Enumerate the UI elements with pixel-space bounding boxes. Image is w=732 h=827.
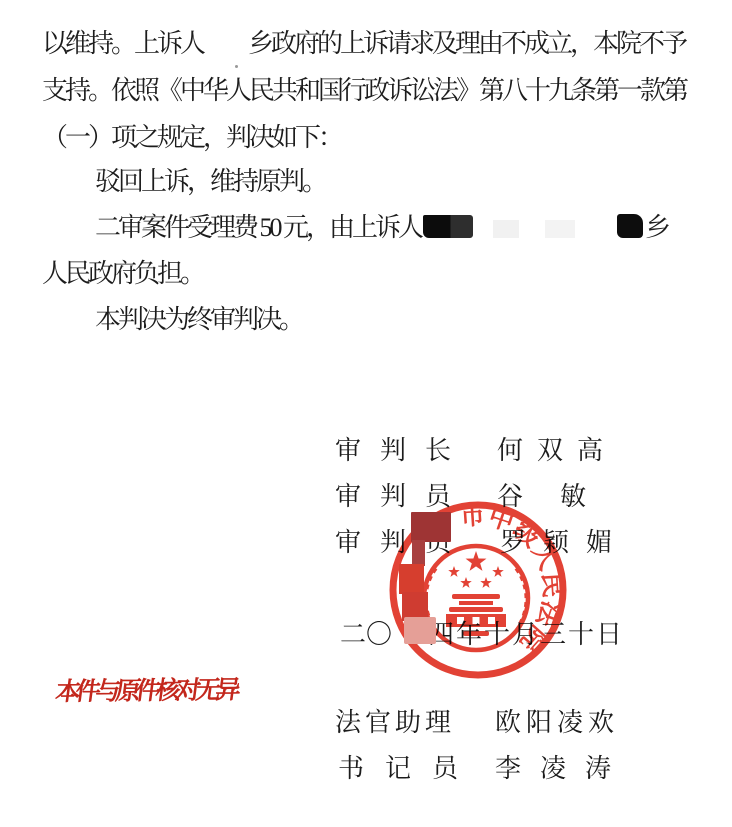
- small-star-icon: [492, 566, 504, 577]
- paragraph-line-2: 支持。依照《中华人民共和国行政诉讼法》第八十九条第一款第: [42, 75, 686, 107]
- fee-text-before-redaction: 二审案件受理费 50 元，由上诉人: [95, 213, 421, 242]
- clerk-title: 书记员: [338, 748, 479, 785]
- ruling-line-continued: 人民政府负担。: [42, 258, 203, 290]
- redaction-red-block: [399, 564, 424, 594]
- small-star-icon: [460, 577, 472, 588]
- judgment-document-page: 以维持。上诉人乡政府的上诉请求及理由不成立，本院不予 支持。依照《中华人民共和国…: [0, 0, 732, 827]
- judge-assistant-name: 欧阳凌欢: [495, 702, 619, 739]
- national-emblem-icon: [424, 546, 528, 650]
- redaction-black-blob: [617, 214, 643, 238]
- paragraph-line-1: 以维持。上诉人乡政府的上诉请求及理由不成立，本院不予: [42, 28, 685, 60]
- redaction-black-box: [423, 215, 473, 238]
- copy-verification-stamp: 本件与原件核对无异: [54, 670, 239, 708]
- fee-text-after-redaction: 乡: [645, 213, 668, 242]
- presiding-judge-name: 何双高: [497, 430, 617, 467]
- ruling-line-dismiss-appeal: 驳回上诉，维持原判。: [95, 166, 325, 198]
- tiananmen-gate-icon: [446, 594, 506, 636]
- small-star-icon: [480, 577, 492, 588]
- ruling-line-court-fee: 二审案件受理费 50 元，由上诉人乡: [95, 212, 668, 244]
- gear-icon: [463, 631, 489, 636]
- small-star-icon: [448, 566, 460, 577]
- paragraph-line-3: （一）项之规定，判决如下：: [42, 122, 341, 154]
- redaction-light-box: [493, 220, 519, 238]
- line1-text-after-redaction: 乡政府的上诉请求及理由不成立，本院不予: [248, 29, 685, 58]
- final-judgment-line: 本判决为终审判决。: [95, 304, 302, 336]
- judge-assistant-title: 法官助理: [335, 702, 455, 739]
- judgment-date-prefix: 二〇: [340, 614, 392, 651]
- redaction-red-block: [412, 540, 425, 566]
- redaction-light-box: [545, 220, 575, 238]
- redaction-red-block: [411, 512, 451, 542]
- presiding-judge-title: 审判长: [335, 430, 470, 467]
- clerk-name: 李凌涛: [495, 748, 630, 785]
- redaction-pink-block: [404, 617, 436, 644]
- line1-text-before-redaction: 以维持。上诉人: [42, 29, 203, 58]
- big-star-icon: [466, 551, 487, 571]
